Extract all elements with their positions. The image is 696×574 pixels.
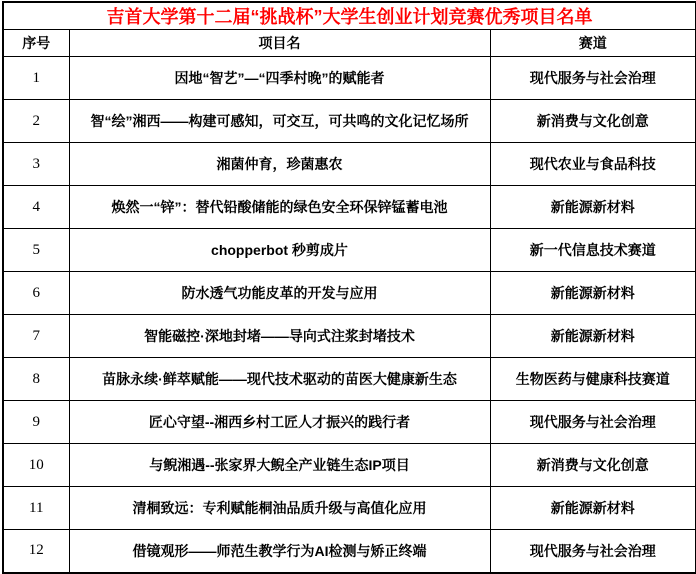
track-cell: 现代农业与食品科技 [490, 143, 696, 186]
table-row: 12借镜观形——师范生教学行为AI检测与矫正终端现代服务与社会治理 [3, 530, 696, 573]
row-number-cell: 6 [3, 272, 69, 315]
track-cell: 新能源新材料 [490, 315, 696, 358]
project-name-cell: 匠心守望--湘西乡村工匠人才振兴的践行者 [69, 401, 490, 444]
table-row: 9匠心守望--湘西乡村工匠人才振兴的践行者现代服务与社会治理 [3, 401, 696, 444]
project-name-cell: 智“绘”湘西——构建可感知，可交互，可共鸣的文化记忆场所 [69, 100, 490, 143]
table-row: 3湘菌仲育，珍菌惠农现代农业与食品科技 [3, 143, 696, 186]
track-cell: 新一代信息技术赛道 [490, 229, 696, 272]
row-number-cell: 1 [3, 57, 69, 100]
table-row: 7智能磁控·深地封堵——导向式注浆封堵技术新能源新材料 [3, 315, 696, 358]
track-cell: 新消费与文化创意 [490, 444, 696, 487]
project-name-cell: 防水透气功能皮革的开发与应用 [69, 272, 490, 315]
project-name-cell: 苗脉永续·鲜萃赋能——现代技术驱动的苗医大健康新生态 [69, 358, 490, 401]
row-number-cell: 8 [3, 358, 69, 401]
projects-table: 吉首大学第十二届“挑战杯”大学生创业计划竞赛优秀项目名单 序号 项目名 赛道 1… [2, 1, 696, 574]
table-row: 8苗脉永续·鲜萃赋能——现代技术驱动的苗医大健康新生态生物医药与健康科技赛道 [3, 358, 696, 401]
column-header-number: 序号 [3, 30, 69, 57]
table-row: 10与鲵湘遇--张家界大鲵全产业链生态IP项目新消费与文化创意 [3, 444, 696, 487]
project-name-cell: chopperbot 秒剪成片 [69, 229, 490, 272]
track-cell: 新能源新材料 [490, 272, 696, 315]
track-cell: 新消费与文化创意 [490, 100, 696, 143]
row-number-cell: 9 [3, 401, 69, 444]
track-cell: 新能源新材料 [490, 487, 696, 530]
row-number-cell: 3 [3, 143, 69, 186]
column-header-project-name: 项目名 [69, 30, 490, 57]
document-page: 吉首大学第十二届“挑战杯”大学生创业计划竞赛优秀项目名单 序号 项目名 赛道 1… [0, 0, 696, 571]
table-row: 11清桐致远：专利赋能桐油品质升级与高值化应用新能源新材料 [3, 487, 696, 530]
track-cell: 现代服务与社会治理 [490, 57, 696, 100]
track-cell: 新能源新材料 [490, 186, 696, 229]
project-name-cell: 湘菌仲育，珍菌惠农 [69, 143, 490, 186]
column-header-track: 赛道 [490, 30, 696, 57]
header-row: 序号 项目名 赛道 [3, 30, 696, 57]
project-name-cell: 因地“智艺”—“四季村晚”的赋能者 [69, 57, 490, 100]
project-name-cell: 与鲵湘遇--张家界大鲵全产业链生态IP项目 [69, 444, 490, 487]
row-number-cell: 4 [3, 186, 69, 229]
row-number-cell: 2 [3, 100, 69, 143]
page-title: 吉首大学第十二届“挑战杯”大学生创业计划竞赛优秀项目名单 [3, 2, 696, 30]
row-number-cell: 12 [3, 530, 69, 573]
title-row: 吉首大学第十二届“挑战杯”大学生创业计划竞赛优秀项目名单 [3, 2, 696, 30]
project-name-cell: 清桐致远：专利赋能桐油品质升级与高值化应用 [69, 487, 490, 530]
table-row: 2智“绘”湘西——构建可感知，可交互，可共鸣的文化记忆场所新消费与文化创意 [3, 100, 696, 143]
row-number-cell: 10 [3, 444, 69, 487]
project-name-cell: 焕然一“锌”：替代铅酸储能的绿色安全环保锌锰蓄电池 [69, 186, 490, 229]
project-name-cell: 智能磁控·深地封堵——导向式注浆封堵技术 [69, 315, 490, 358]
row-number-cell: 5 [3, 229, 69, 272]
table-row: 5chopperbot 秒剪成片新一代信息技术赛道 [3, 229, 696, 272]
track-cell: 现代服务与社会治理 [490, 530, 696, 573]
track-cell: 现代服务与社会治理 [490, 401, 696, 444]
table-body: 1因地“智艺”—“四季村晚”的赋能者现代服务与社会治理2智“绘”湘西——构建可感… [3, 57, 696, 573]
project-name-cell: 借镜观形——师范生教学行为AI检测与矫正终端 [69, 530, 490, 573]
row-number-cell: 11 [3, 487, 69, 530]
table-row: 6防水透气功能皮革的开发与应用新能源新材料 [3, 272, 696, 315]
track-cell: 生物医药与健康科技赛道 [490, 358, 696, 401]
table-row: 4焕然一“锌”：替代铅酸储能的绿色安全环保锌锰蓄电池新能源新材料 [3, 186, 696, 229]
row-number-cell: 7 [3, 315, 69, 358]
table-row: 1因地“智艺”—“四季村晚”的赋能者现代服务与社会治理 [3, 57, 696, 100]
